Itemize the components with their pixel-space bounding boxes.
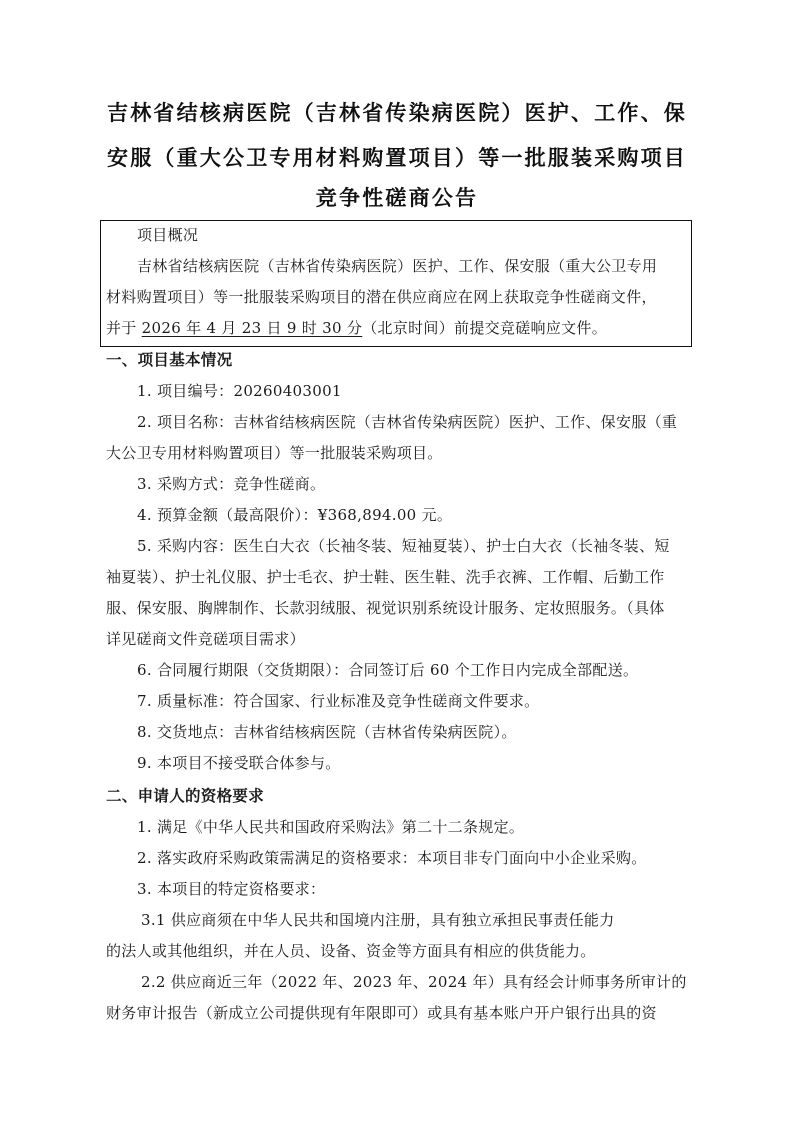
overview-line-3-suffix: （北京时间）前提交竞磋响应文件。	[362, 319, 607, 337]
qualification-2-2-line-2: 财务审计报告（新成立公司提供现有年限即可）或具有基本账户开户银行出具的资	[106, 1003, 691, 1023]
project-name-line-2: 大公卫专用材料购置项目）等一批服装采购项目。	[106, 443, 691, 463]
procurement-content-line-2: 袖夏装）、护士礼仪服、护士毛衣、护士鞋、医生鞋、洗手衣裤、工作帽、后勤工作	[106, 567, 691, 587]
document-title-line-2: 安服（重大公卫专用材料购置项目）等一批服装采购项目	[0, 142, 794, 172]
overview-heading: 项目概况	[137, 225, 722, 245]
consortium-note: 9. 本项目不接受联合体参与。	[137, 753, 722, 773]
project-name-line-1: 2. 项目名称：吉林省结核病医院（吉林省传染病医院）医护、工作、保安服（重	[137, 412, 722, 432]
delivery-location: 8. 交货地点：吉林省结核病医院（吉林省传染病医院）。	[137, 722, 722, 742]
section-2-heading: 二、申请人的资格要求	[106, 786, 691, 806]
procurement-method: 3. 采购方式：竞争性磋商。	[137, 474, 722, 494]
procurement-content-line-1: 5. 采购内容：医生白大衣（长袖冬装、短袖夏装）、护士白大衣（长袖冬装、短	[137, 536, 722, 556]
overview-line-1: 吉林省结核病医院（吉林省传染病医院）医护、工作、保安服（重大公卫专用	[137, 256, 691, 276]
document-title-line-1: 吉林省结核病医院（吉林省传染病医院）医护、工作、保	[0, 97, 794, 127]
section-1-heading: 一、项目基本情况	[106, 350, 691, 370]
quality-standard: 7. 质量标准：符合国家、行业标准及竞争性磋商文件要求。	[137, 691, 722, 711]
document-title-line-3: 竞争性磋商公告	[0, 182, 794, 212]
procurement-content-line-4: 详见磋商文件竞磋项目需求）	[106, 629, 691, 649]
budget-amount: 4. 预算金额（最高限价）：¥368,894.00 元。	[137, 505, 722, 525]
qualification-3: 3. 本项目的特定资格要求：	[137, 879, 722, 899]
overview-line-3-prefix: 并于	[106, 319, 142, 337]
qualification-2: 2. 落实政府采购政策需满足的资格要求：本项目非专门面向中小企业采购。	[137, 848, 722, 868]
qualification-3-1-line-2: 的法人或其他组织，并在人员、设备、资金等方面具有相应的供货能力。	[106, 941, 691, 961]
document-page: 吉林省结核病医院（吉林省传染病医院）医护、工作、保 安服（重大公卫专用材料购置项…	[0, 0, 794, 1123]
qualification-2-2-line-1: 2.2 供应商近三年（2022 年、2023 年、2024 年）具有经会计师事务…	[141, 972, 726, 992]
qualification-3-1-line-1: 3.1 供应商须在中华人民共和国境内注册，具有独立承担民事责任能力	[141, 910, 726, 930]
qualification-1: 1. 满足《中华人民共和国政府采购法》第二十二条规定。	[137, 817, 722, 837]
contract-period: 6. 合同履行期限（交货期限）：合同签订后 60 个工作日内完成全部配送。	[137, 660, 722, 680]
project-number: 1. 项目编号：20260403001	[137, 381, 722, 401]
overview-line-2: 材料购置项目）等一批服装采购项目的潜在供应商应在网上获取竞争性磋商文件，	[106, 287, 691, 307]
overview-line-3: 并于 2026 年 4 月 23 日 9 时 30 分（北京时间）前提交竞磋响应…	[106, 318, 691, 338]
submission-deadline: 2026 年 4 月 23 日 9 时 30 分	[142, 319, 363, 337]
procurement-content-line-3: 服、保安服、胸牌制作、长款羽绒服、视觉识别系统设计服务、定妆照服务。（具体	[106, 598, 691, 618]
